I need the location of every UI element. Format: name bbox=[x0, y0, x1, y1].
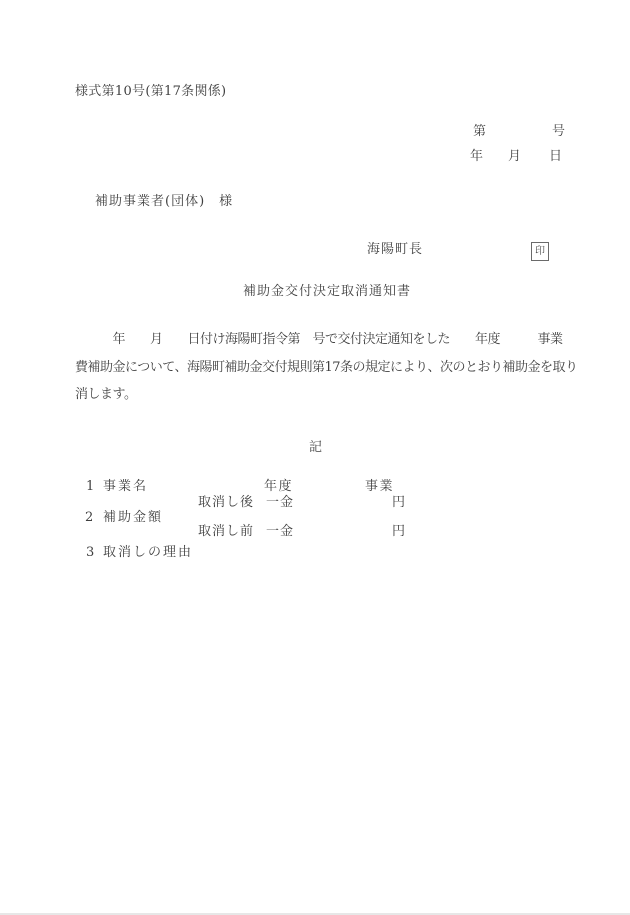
cancellation-after-label: 取消し後 bbox=[198, 494, 254, 512]
body-line-2: 費補助金について、海陽町補助金交付規則第17条の規定により、次のとおり補助金を取… bbox=[75, 359, 578, 377]
page-title: 補助金交付決定取消通知書 bbox=[243, 283, 411, 301]
item1-number: 1 bbox=[86, 478, 94, 496]
item3-number: 3 bbox=[86, 544, 94, 562]
body-line-1: 年 月 日付け海陽町指令第 号で交付決定通知をした 年度 事業 bbox=[75, 331, 563, 349]
form-number: 様式第10号(第17条関係) bbox=[75, 83, 226, 101]
seal-placeholder-icon: 印 bbox=[531, 242, 549, 261]
addressee: 補助事業者(団体) 様 bbox=[95, 193, 233, 211]
item2-label: 補助金額 bbox=[103, 509, 163, 527]
document-page: 様式第10号(第17条関係) 第 号 年 月 日 補助事業者(団体) 様 海陽町… bbox=[0, 0, 630, 915]
doc-number-suffix: 号 bbox=[552, 123, 565, 141]
issuer-title: 海陽町長 bbox=[367, 241, 423, 259]
cancellation-before-label: 取消し前 bbox=[198, 523, 254, 541]
item2-number: 2 bbox=[85, 509, 93, 527]
cancellation-before-currency: 円 bbox=[392, 523, 405, 541]
item1-project-label: 事業 bbox=[365, 478, 394, 496]
item3-label: 取消しの理由 bbox=[103, 544, 193, 562]
cancellation-after-currency: 円 bbox=[392, 494, 405, 512]
cancellation-before-amount-prefix: 一金 bbox=[266, 523, 294, 541]
date-day-label: 日 bbox=[549, 148, 562, 166]
doc-number-prefix: 第 bbox=[473, 123, 486, 141]
item1-label: 事業名 bbox=[103, 478, 148, 496]
record-heading: 記 bbox=[309, 439, 322, 457]
date-year-label: 年 bbox=[470, 148, 483, 166]
body-line-3: 消します。 bbox=[75, 386, 136, 404]
cancellation-after-amount-prefix: 一金 bbox=[266, 494, 294, 512]
date-month-label: 月 bbox=[508, 148, 521, 166]
